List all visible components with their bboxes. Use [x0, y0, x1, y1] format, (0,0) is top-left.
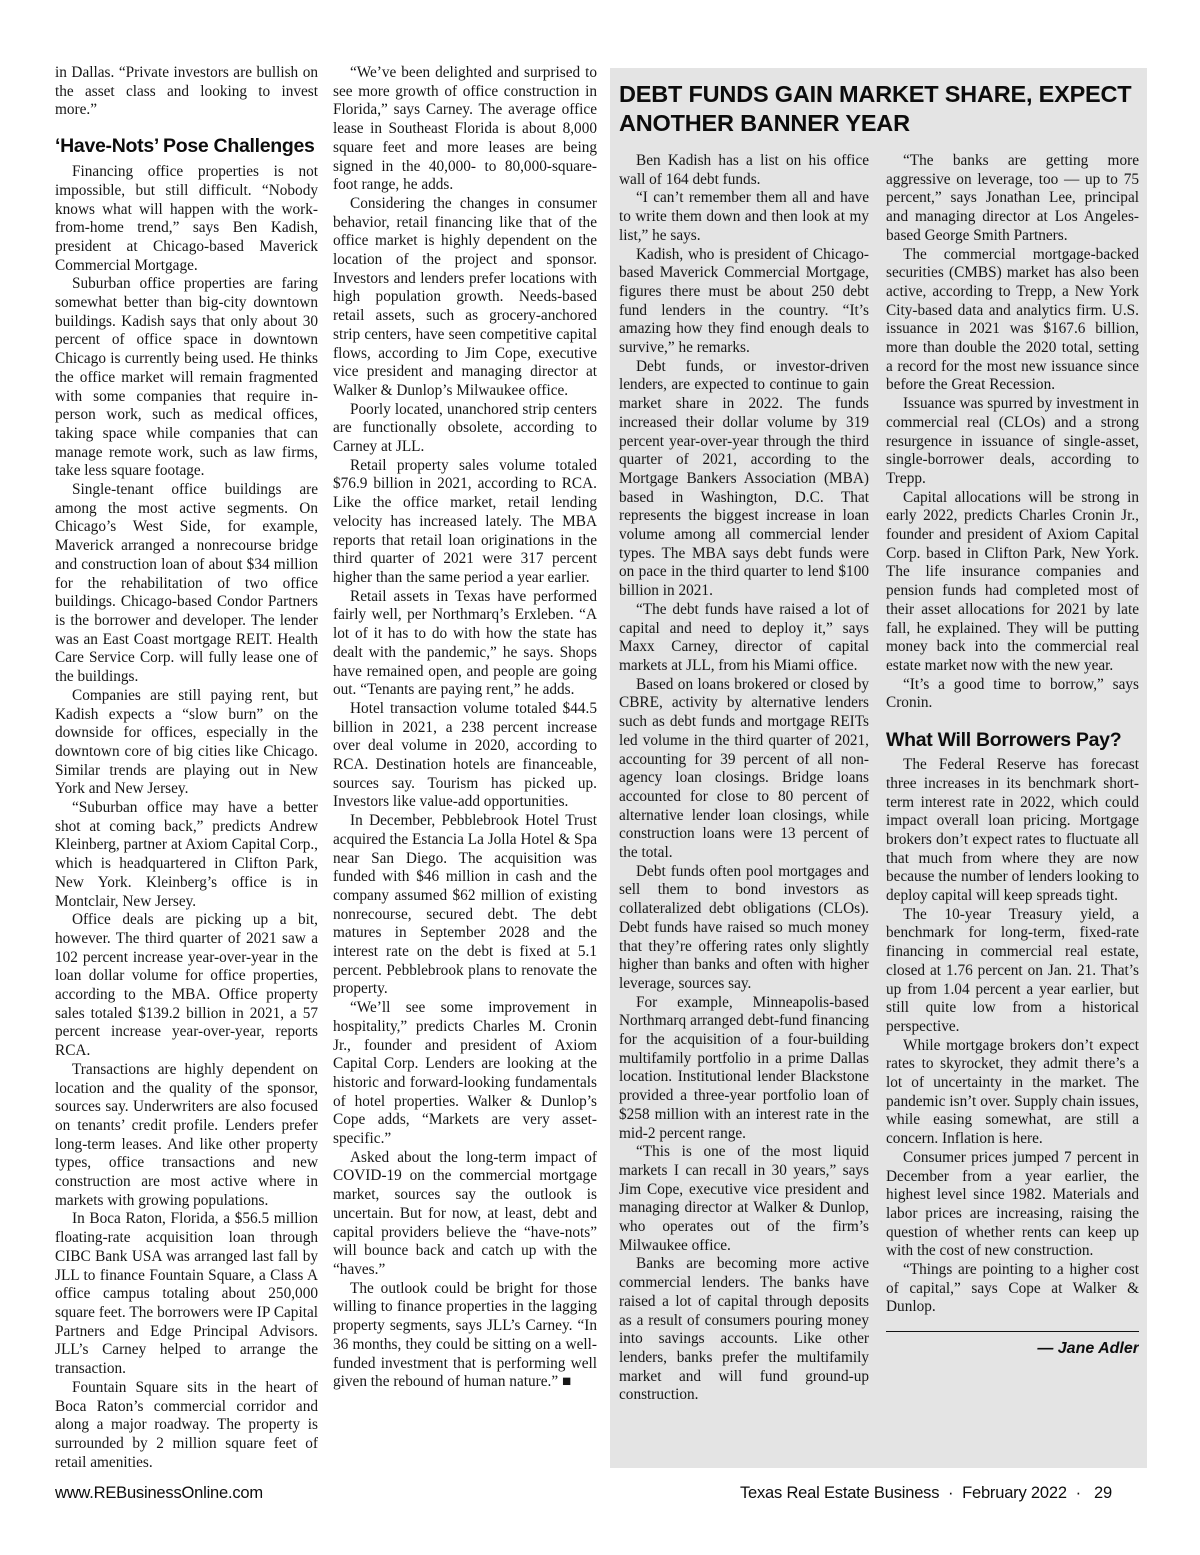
- paragraph: Single-tenant office buildings are among…: [55, 481, 318, 687]
- paragraph: Banks are becoming more active commercia…: [619, 1255, 869, 1405]
- paragraph: The commercial mortgage-backed securitie…: [886, 246, 1139, 396]
- sidebar-column-2: “The banks are getting more aggressive o…: [886, 152, 1139, 1482]
- paragraph: Debt funds often pool mortgages and sell…: [619, 863, 869, 994]
- paragraph: Transactions are highly dependent on loc…: [55, 1061, 318, 1211]
- paragraph: “It’s a good time to borrow,” says Croni…: [886, 676, 1139, 713]
- paragraph: Retail assets in Texas have performed fa…: [333, 588, 597, 700]
- paragraph: Office deals are picking up a bit, howev…: [55, 911, 318, 1061]
- paragraph: “Things are pointing to a higher cost of…: [886, 1261, 1139, 1317]
- paragraph: Consumer prices jumped 7 percent in Dece…: [886, 1149, 1139, 1261]
- sidebar-article-box: DEBT FUNDS GAIN MARKET SHARE, EXPECT ANO…: [610, 68, 1147, 1468]
- sidebar-column-1: Ben Kadish has a list on his office wall…: [619, 152, 869, 1482]
- magazine-page: in Dallas. “Private investors are bullis…: [0, 0, 1200, 1555]
- paragraph: Kadish, who is president of Chicago-base…: [619, 246, 869, 358]
- paragraph: Poorly located, unanchored strip centers…: [333, 401, 597, 457]
- paragraph: Considering the changes in consumer beha…: [333, 195, 597, 401]
- paragraph: While mortgage brokers don’t expect rate…: [886, 1037, 1139, 1149]
- paragraph: Suburban office properties are faring so…: [55, 275, 318, 481]
- paragraph: “We’ll see some improvement in hospitali…: [333, 999, 597, 1149]
- paragraph: The 10-year Treasury yield, a benchmark …: [886, 906, 1139, 1037]
- paragraph: “This is one of the most liquid markets …: [619, 1143, 869, 1255]
- paragraph: “Suburban office may have a better shot …: [55, 799, 318, 911]
- paragraph: Financing office properties is not impos…: [55, 163, 318, 275]
- sidebar-columns: Ben Kadish has a list on his office wall…: [619, 152, 1139, 1482]
- paragraph-with-end-mark: The outlook could be bright for those wi…: [333, 1280, 597, 1392]
- paragraph: Debt funds, or investor-driven lenders, …: [619, 358, 869, 601]
- byline-divider: [886, 1331, 1139, 1332]
- middle-column: “We’ve been delighted and surprised to s…: [333, 64, 597, 1476]
- paragraph: The Federal Reserve has forecast three i…: [886, 756, 1139, 906]
- paragraph: Ben Kadish has a list on his office wall…: [619, 152, 869, 189]
- footer-publication-page-number: Texas Real Estate Business · February 20…: [740, 1484, 1112, 1503]
- footer-website-url: www.REBusinessOnline.com: [55, 1484, 263, 1503]
- paragraph: Companies are still paying rent, but Kad…: [55, 687, 318, 799]
- paragraph: Capital allocations will be strong in ea…: [886, 489, 1139, 676]
- section-heading-borrowers-pay: What Will Borrowers Pay?: [886, 729, 1139, 751]
- paragraph: “The banks are getting more aggressive o…: [886, 152, 1139, 246]
- section-heading-have-nots: ‘Have-Nots’ Pose Challenges: [55, 135, 318, 157]
- paragraph: For example, Minneapolis-based Northmarq…: [619, 994, 869, 1144]
- sidebar-headline: DEBT FUNDS GAIN MARKET SHARE, EXPECT ANO…: [619, 80, 1139, 138]
- left-column: in Dallas. “Private investors are bullis…: [55, 64, 318, 1476]
- paragraph: Hotel transaction volume totaled $44.5 b…: [333, 700, 597, 812]
- paragraph: Retail property sales volume totaled $76…: [333, 457, 597, 588]
- paragraph: In December, Pebblebrook Hotel Trust acq…: [333, 812, 597, 999]
- paragraph: In Boca Raton, Florida, a $56.5 million …: [55, 1210, 318, 1378]
- paragraph: Asked about the long-term impact of COVI…: [333, 1149, 597, 1280]
- paragraph-continuation: in Dallas. “Private investors are bullis…: [55, 64, 318, 120]
- byline: — Jane Adler: [886, 1340, 1139, 1359]
- paragraph: Fountain Square sits in the heart of Boc…: [55, 1379, 318, 1473]
- paragraph: “The debt funds have raised a lot of cap…: [619, 601, 869, 676]
- paragraph: “I can’t remember them all and have to w…: [619, 189, 869, 245]
- paragraph: “We’ve been delighted and surprised to s…: [333, 64, 597, 195]
- paragraph: Based on loans brokered or closed by CBR…: [619, 676, 869, 863]
- paragraph: Issuance was spurred by investment in co…: [886, 395, 1139, 489]
